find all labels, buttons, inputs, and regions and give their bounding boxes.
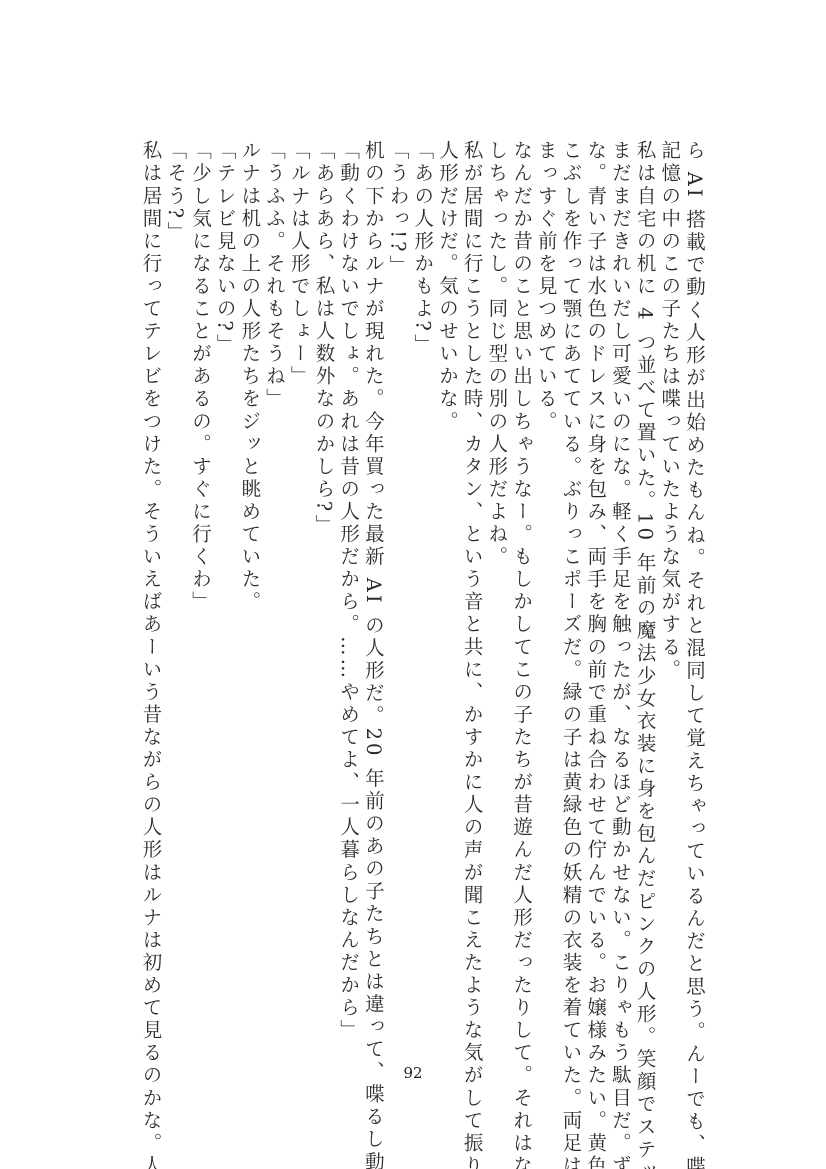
text-line: しちゃったし。同じ型の別の人形だよね。 (484, 140, 509, 1050)
text-line: 記憶の中のこの子たちは喋っていたような気がする。 (657, 140, 682, 1050)
text-line: 私は自宅の机に 4 つ並べて置いた。10 年前の魔法少女衣装に身を包んだピンクの… (632, 140, 657, 1050)
dialogue-line: 「テレビ見ないの?」 (212, 140, 237, 1050)
text-line: 私は居間に行ってテレビをつけた。そういえばあーいう昔ながらの人形はルナは初めて見… (138, 140, 163, 1050)
dialogue-line: 「あらあら、私は人数外なのかしら?」 (311, 140, 336, 1050)
text-line: 私が居間に行こうとした時、カタン、という音と共に、かすかに人の声が聞こえたような… (459, 140, 484, 1050)
dialogue-line: 「ルナは人形でしょー」 (286, 140, 311, 1050)
text-line: な。青い子は水色のドレスに身を包み、両手を胸の前で重ね合わせて佇んでいる。お嬢様… (582, 140, 607, 1050)
dialogue-line: 「そう?」 (163, 140, 188, 1050)
dialogue-line: 「うふふ。それもそうね」 (261, 140, 286, 1050)
text-line: ら AI 搭載で動く人形が出始めたもんね。それと混同して覚えちゃっているんだと思… (681, 140, 706, 1050)
text-line: 人形だけだ。気のせいかな。 (434, 140, 459, 1050)
page-number: 92 (0, 1064, 826, 1082)
text-line: ルナは机の上の人形たちをジッと眺めていた。 (237, 140, 262, 1050)
text-line: まだまだきれいだし可愛いのにな。軽く手足を触ったが、なるほど動かせない。こりゃも… (607, 140, 632, 1050)
dialogue-line: 「少し気になることがあるの。すぐに行くわ」 (187, 140, 212, 1050)
text-line: まっすぐ前を見つめている。 (533, 140, 558, 1050)
text-line: 机の下からルナが現れた。今年買った最新 AI の人形だ。20 年前のあの子たちと… (360, 140, 385, 1050)
vertical-text-body: ら AI 搭載で動く人形が出始めたもんね。それと混同して覚えちゃっているんだと思… (116, 140, 706, 1050)
text-line: なんだか昔のこと思い出しちゃうなー。もしかしてこの子たちが昔遊んだ人形だったりし… (508, 140, 533, 1050)
dialogue-line: 「うわっ!?」 (385, 140, 410, 1050)
text-line: こぶしを作って顎にあてている。ぶりっこポーズだ。緑の子は黄緑色の妖精の衣装を着て… (558, 140, 583, 1050)
dialogue-line: 「動くわけないでしょ。あれは昔の人形だから。……やめてよ、一人暮らしなんだから」 (335, 140, 360, 1050)
dialogue-line: 「あの人形かもよ?」 (410, 140, 435, 1050)
book-page: ら AI 搭載で動く人形が出始めたもんね。それと混同して覚えちゃっているんだと思… (0, 0, 826, 1169)
